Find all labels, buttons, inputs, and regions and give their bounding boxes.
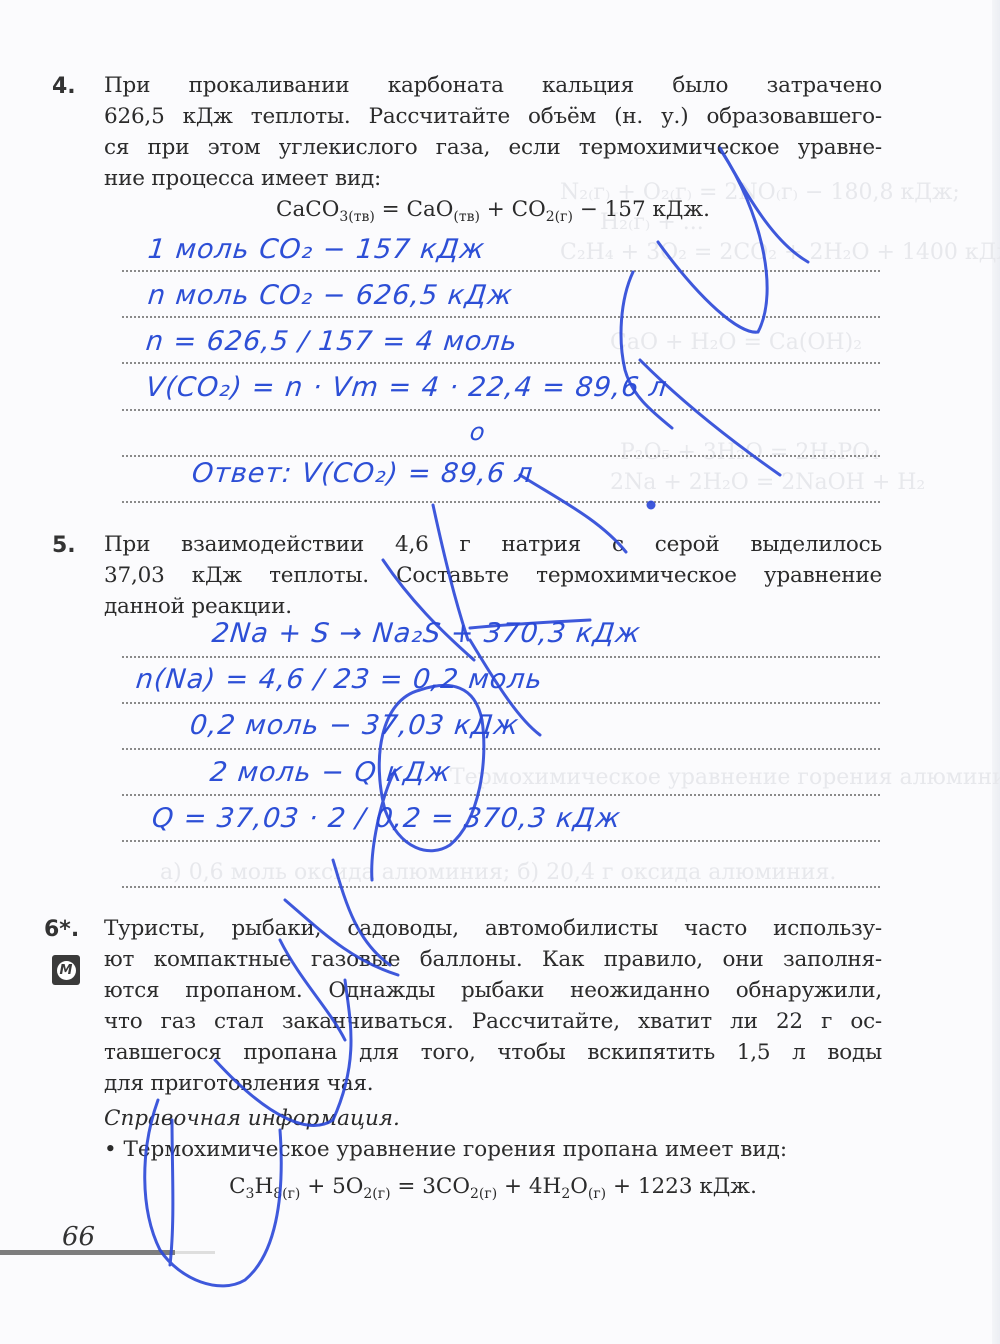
task-text-line: 626,5 кДж теплоты. Рассчитайте объём (н.… (104, 101, 882, 132)
task-text-line: тавшегося пропана для того, чтобы вскипя… (104, 1037, 882, 1068)
answer-rule (122, 455, 880, 457)
handwritten-line: 1 моль CO₂ − 157 кДж (146, 234, 486, 265)
bleed-through-8: а) 0,6 моль оксида алюминия; б) 20,4 г о… (160, 860, 836, 885)
answer-rule (122, 501, 880, 503)
handwritten-line: n = 626,5 / 157 = 4 моль (144, 326, 519, 357)
handwritten-line: n моль CO₂ − 626,5 кДж (146, 280, 514, 311)
task-text-line: 37,03 кДж теплоты. Составьте термохимиче… (104, 560, 882, 591)
answer-rule (122, 409, 880, 411)
handwritten-line: V(CO₂) = n · Vm = 4 · 22,4 = 89,6 л (144, 372, 669, 403)
reference-bullet: • Термохимическое уравнение горения проп… (104, 1134, 882, 1165)
answer-rule (122, 886, 880, 888)
mathematics-badge-icon: M (52, 955, 80, 985)
task-text-line: ние процесса имеет вид: (104, 163, 882, 194)
answer-rule (122, 702, 880, 704)
answer-rule (122, 794, 880, 796)
answer-rule (122, 840, 880, 842)
handwritten-line: Q = 37,03 · 2 / 0,2 = 370,3 кДж (150, 803, 622, 834)
answer-rule (122, 270, 880, 272)
handwritten-line: 2 моль − Q кДж (208, 757, 452, 788)
handwritten-line: n(Na) = 4,6 / 23 = 0,2 моль (134, 664, 544, 695)
page-number: 66 (62, 1222, 95, 1252)
reaction-equation: CaCO3(тв) = CaO(тв) + CO2(г) − 157 кДж. (104, 194, 882, 233)
footer-bar (0, 1250, 175, 1255)
reaction-equation: C3H8(г) + 5O2(г) = 3CO2(г) + 4H2O(г) + 1… (104, 1171, 882, 1210)
bleed-through-6: 2Na + 2H₂O = 2NaOH + H₂ (610, 470, 925, 495)
answer-rule (122, 362, 880, 364)
task-number: 5. (52, 533, 76, 558)
task-4: 4. При прокаливании карбоната кальция бы… (52, 70, 882, 233)
task-text-line: При прокаливании карбоната кальция было … (104, 70, 882, 101)
task-text-line: ся при этом углекислого газа, если термо… (104, 132, 882, 163)
reference-info-title: Справочная информация. (104, 1103, 882, 1134)
bleed-through-5: P₂O₅ + 3H₂O = 2H₃PO₄ (620, 440, 879, 465)
footer-bar-shadow (175, 1251, 215, 1254)
task-text-line: При взаимодействии 4,6 г натрия с серой … (104, 529, 882, 560)
task-number: 6*. (44, 917, 79, 942)
task-number: 4. (52, 74, 76, 99)
bleed-through-4: CaO + H₂O = Ca(OH)₂ (610, 330, 862, 355)
answer-rule (122, 748, 880, 750)
answer-rule (122, 656, 880, 658)
task-text-line: ются пропаном. Однажды рыбаки неожиданно… (104, 975, 882, 1006)
handwritten-line: 0,2 моль − 37,03 кДж (188, 710, 520, 741)
task-text-line: Туристы, рыбаки, садоводы, автомобилисты… (104, 913, 882, 944)
task-text-line: ют компактные газовые баллоны. Как прави… (104, 944, 882, 975)
answer-rule (122, 316, 880, 318)
task-text-line: для приготовления чая. (104, 1068, 882, 1099)
task-5: 5. При взаимодействии 4,6 г натрия с сер… (52, 529, 882, 622)
handwritten-mark: o (469, 418, 488, 446)
task-text-line: что газ стал заканчиваться. Рассчитайте,… (104, 1006, 882, 1037)
bleed-through-7: Термохимическое уравнение горения алюмин… (450, 765, 1000, 790)
handwritten-line: 2Na + S → Na₂S + 370,3 кДж (210, 618, 642, 649)
page-edge (992, 0, 1000, 1344)
task-6: 6*. M Туристы, рыбаки, садоводы, автомоб… (52, 913, 882, 1210)
bleed-through-3: C₂H₄ + 3O₂ = 2CO₂ + 2H₂O + 1400 кДж (560, 240, 1000, 265)
handwritten-answer: Ответ: V(CO₂) = 89,6 л (190, 458, 534, 489)
